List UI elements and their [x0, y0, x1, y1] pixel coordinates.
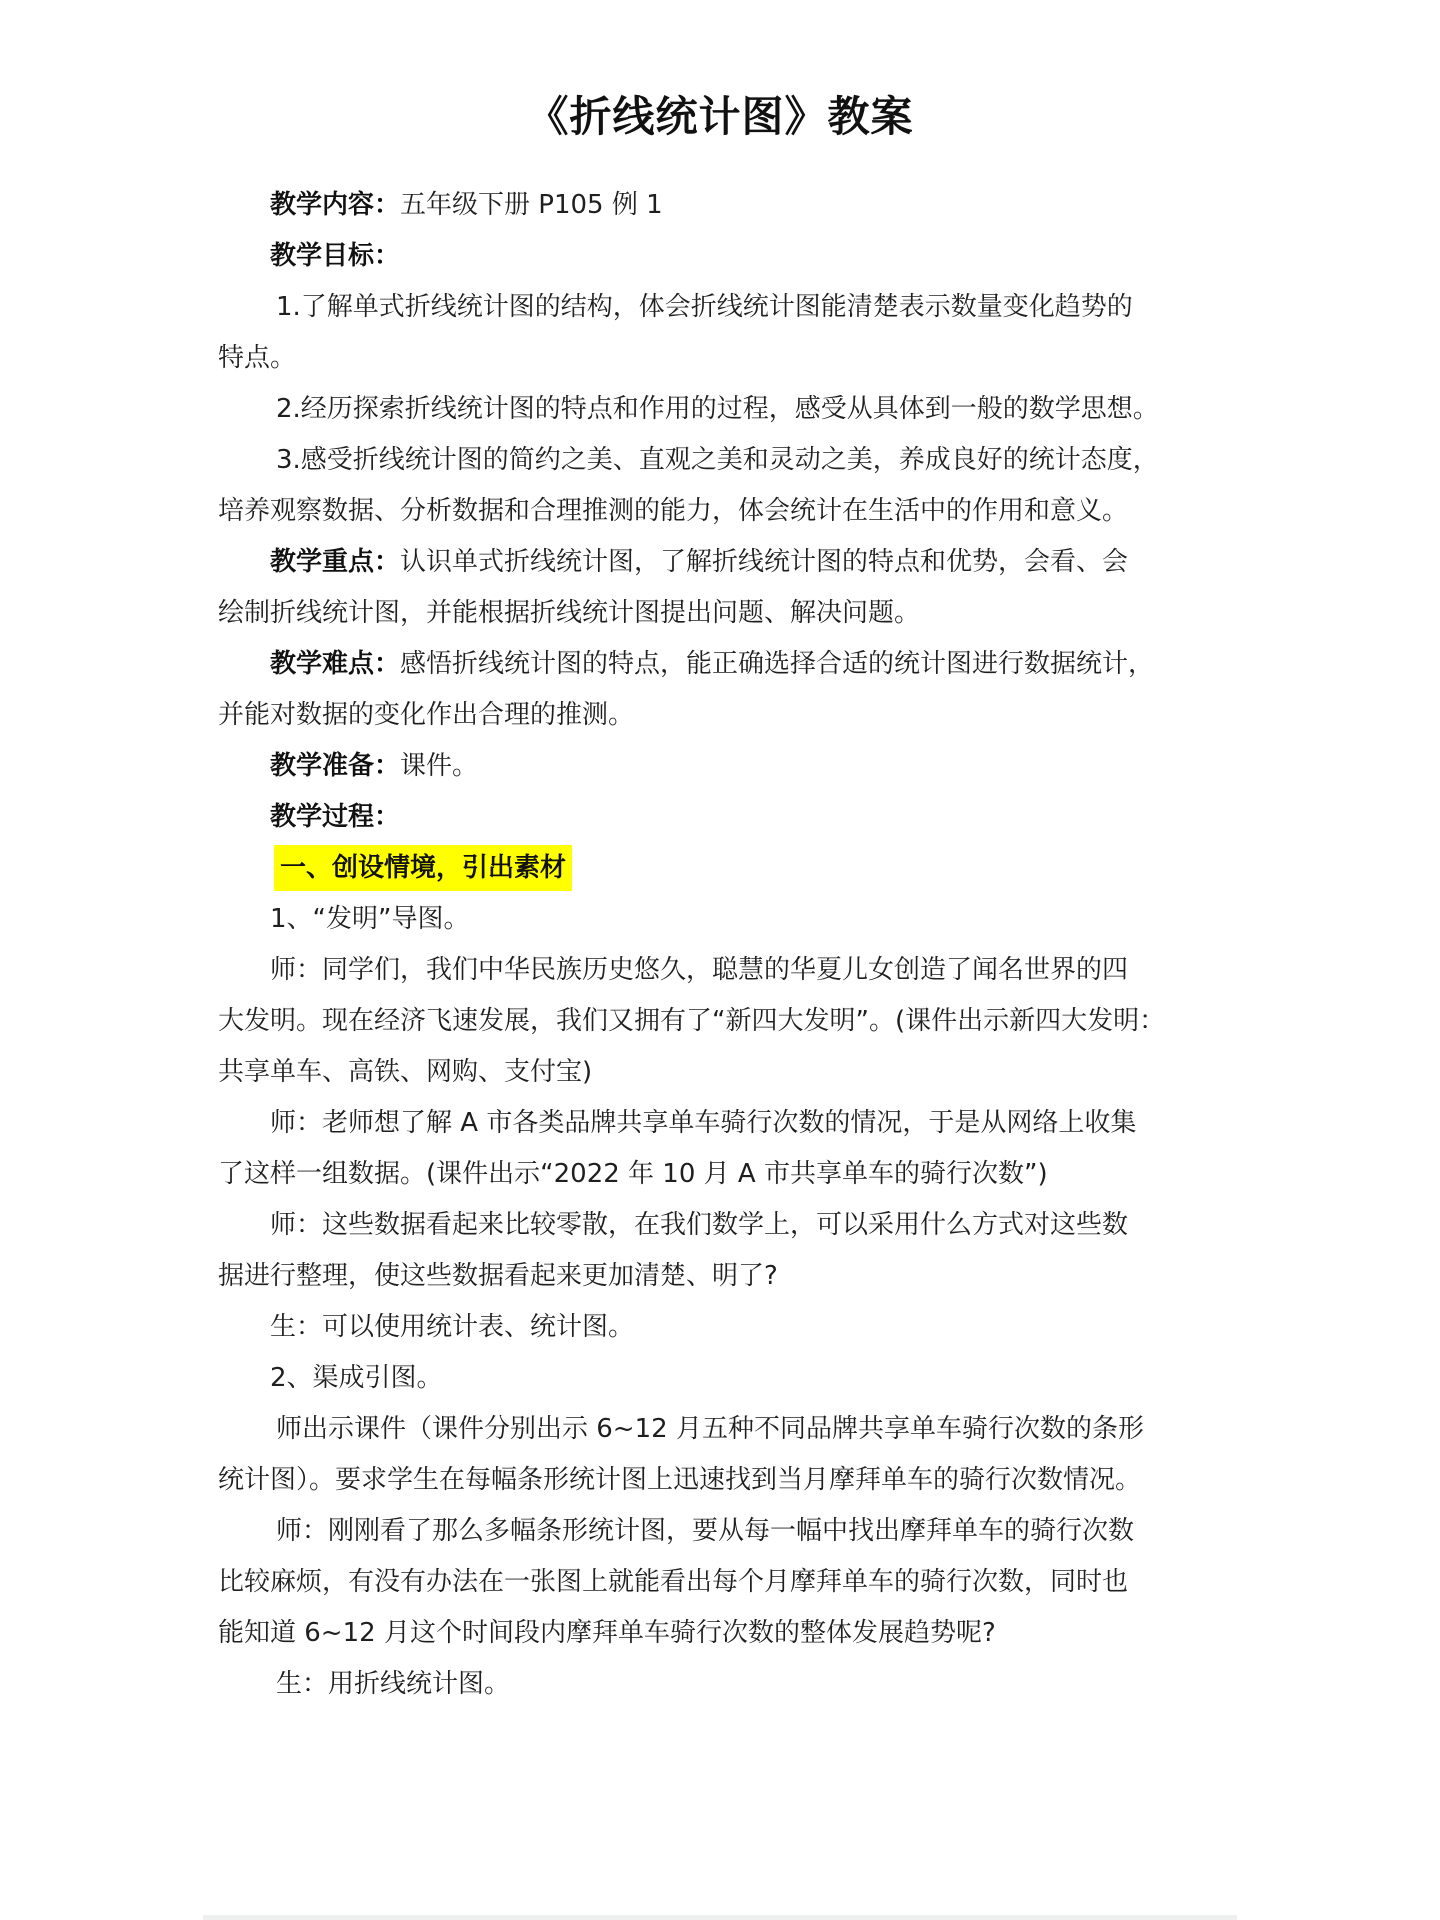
document-body: 教学内容：五年级下册 P105 例 1 教学目标： 1.了解单式折线统计图的结构…	[218, 180, 1223, 1710]
field-label: 教学准备：	[270, 751, 400, 781]
goal-item-3: 3.感受折线统计图的简约之美、直观之美和灵动之美，养成良好的统计态度， 培养观察…	[218, 435, 1223, 537]
dialogue-student-1: 生：可以使用统计表、统计图。	[218, 1302, 1223, 1353]
lesson-plan-page: 《折线统计图》教案 教学内容：五年级下册 P105 例 1 教学目标： 1.了解…	[0, 0, 1440, 1920]
paragraph-line: 能知道 6~12 月这个时间段内摩拜单车骑行次数的整体发展趋势呢?	[218, 1608, 1223, 1659]
field-label: 教学过程：	[270, 802, 400, 832]
goal-item-1: 1.了解单式折线统计图的结构，体会折线统计图能清楚表示数量变化趋势的 特点。	[218, 282, 1223, 384]
dialogue-teacher-2: 师：老师想了解 A 市各类品牌共享单车骑行次数的情况，于是从网络上收集 了这样一…	[218, 1098, 1223, 1200]
paragraph-line: 了这样一组数据。(课件出示“2022 年 10 月 A 市共享单车的骑行次数”)	[218, 1149, 1223, 1200]
process-step-2-heading: 2、渠成引图。	[218, 1353, 1223, 1404]
key-points: 教学重点：认识单式折线统计图，了解折线统计图的特点和优势，会看、会 绘制折线统计…	[218, 537, 1223, 639]
difficulties: 教学难点：感悟折线统计图的特点，能正确选择合适的统计图进行数据统计， 并能对数据…	[218, 639, 1223, 741]
teaching-preparation: 教学准备：课件。	[218, 741, 1223, 792]
paragraph-line: 共享单车、高铁、网购、支付宝)	[218, 1047, 1223, 1098]
goal-item-2: 2.经历探索折线统计图的特点和作用的过程，感受从具体到一般的数学思想。	[218, 384, 1223, 435]
paragraph-line: 比较麻烦，有没有办法在一张图上就能看出每个月摩拜单车的骑行次数，同时也	[218, 1557, 1223, 1608]
paragraph-line: 统计图）。要求学生在每幅条形统计图上迅速找到当月摩拜单车的骑行次数情况。	[218, 1455, 1223, 1506]
document-title: 《折线统计图》教案	[0, 84, 1440, 144]
field-label: 教学内容：	[270, 190, 400, 220]
process-step-1-heading: 1、“发明”导图。	[218, 894, 1223, 945]
paragraph-line: 师：刚刚看了那么多幅条形统计图，要从每一幅中找出摩拜单车的骑行次数	[218, 1506, 1223, 1557]
paragraph-line: 师：这些数据看起来比较零散，在我们数学上，可以采用什么方式对这些数	[218, 1200, 1223, 1251]
field-label: 教学难点：	[270, 649, 400, 679]
paragraph-line: 师出示课件（课件分别出示 6~12 月五种不同品牌共享单车骑行次数的条形	[218, 1404, 1223, 1455]
page-bottom-edge	[203, 1915, 1237, 1920]
field-value: 感悟折线统计图的特点，能正确选择合适的统计图进行数据统计，	[400, 649, 1154, 679]
difficulties-line: 教学难点：感悟折线统计图的特点，能正确选择合适的统计图进行数据统计，	[218, 639, 1223, 690]
paragraph-line: 大发明。现在经济飞速发展，我们又拥有了“新四大发明”。(课件出示新四大发明：	[218, 996, 1223, 1047]
key-points-line: 教学重点：认识单式折线统计图，了解折线统计图的特点和优势，会看、会	[218, 537, 1223, 588]
paragraph-line: 培养观察数据、分析数据和合理推测的能力，体会统计在生活中的作用和意义。	[218, 486, 1223, 537]
section-heading-row: 一、创设情境，引出素材	[218, 843, 1223, 894]
dialogue-teacher-4: 师：刚刚看了那么多幅条形统计图，要从每一幅中找出摩拜单车的骑行次数 比较麻烦，有…	[218, 1506, 1223, 1659]
paragraph-line: 2.经历探索折线统计图的特点和作用的过程，感受从具体到一般的数学思想。	[218, 384, 1223, 435]
field-value: 五年级下册 P105 例 1	[400, 190, 663, 220]
dialogue-teacher-3: 师：这些数据看起来比较零散，在我们数学上，可以采用什么方式对这些数 据进行整理，…	[218, 1200, 1223, 1302]
paragraph-line: 3.感受折线统计图的简约之美、直观之美和灵动之美，养成良好的统计态度，	[218, 435, 1223, 486]
courseware-instruction: 师出示课件（课件分别出示 6~12 月五种不同品牌共享单车骑行次数的条形 统计图…	[218, 1404, 1223, 1506]
field-value: 认识单式折线统计图，了解折线统计图的特点和优势，会看、会	[400, 547, 1128, 577]
dialogue-student-2: 生：用折线统计图。	[218, 1659, 1223, 1710]
teaching-process-heading: 教学过程：	[218, 792, 1223, 843]
field-value: 课件。	[400, 751, 478, 781]
teaching-goals-heading: 教学目标：	[218, 231, 1223, 282]
dialogue-teacher-1: 师：同学们，我们中华民族历史悠久，聪慧的华夏儿女创造了闻名世界的四 大发明。现在…	[218, 945, 1223, 1098]
paragraph-line: 绘制折线统计图，并能根据折线统计图提出问题、解决问题。	[218, 588, 1223, 639]
field-label: 教学重点：	[270, 547, 400, 577]
paragraph-line: 并能对数据的变化作出合理的推测。	[218, 690, 1223, 741]
highlighted-section-heading: 一、创设情境，引出素材	[274, 845, 572, 891]
paragraph-line: 师：同学们，我们中华民族历史悠久，聪慧的华夏儿女创造了闻名世界的四	[218, 945, 1223, 996]
paragraph-line: 师：老师想了解 A 市各类品牌共享单车骑行次数的情况，于是从网络上收集	[218, 1098, 1223, 1149]
teaching-content: 教学内容：五年级下册 P105 例 1	[218, 180, 1223, 231]
paragraph-line: 据进行整理，使这些数据看起来更加清楚、明了?	[218, 1251, 1223, 1302]
paragraph-line: 1.了解单式折线统计图的结构，体会折线统计图能清楚表示数量变化趋势的	[218, 282, 1223, 333]
paragraph-line: 特点。	[218, 333, 1223, 384]
field-label: 教学目标：	[270, 241, 400, 271]
